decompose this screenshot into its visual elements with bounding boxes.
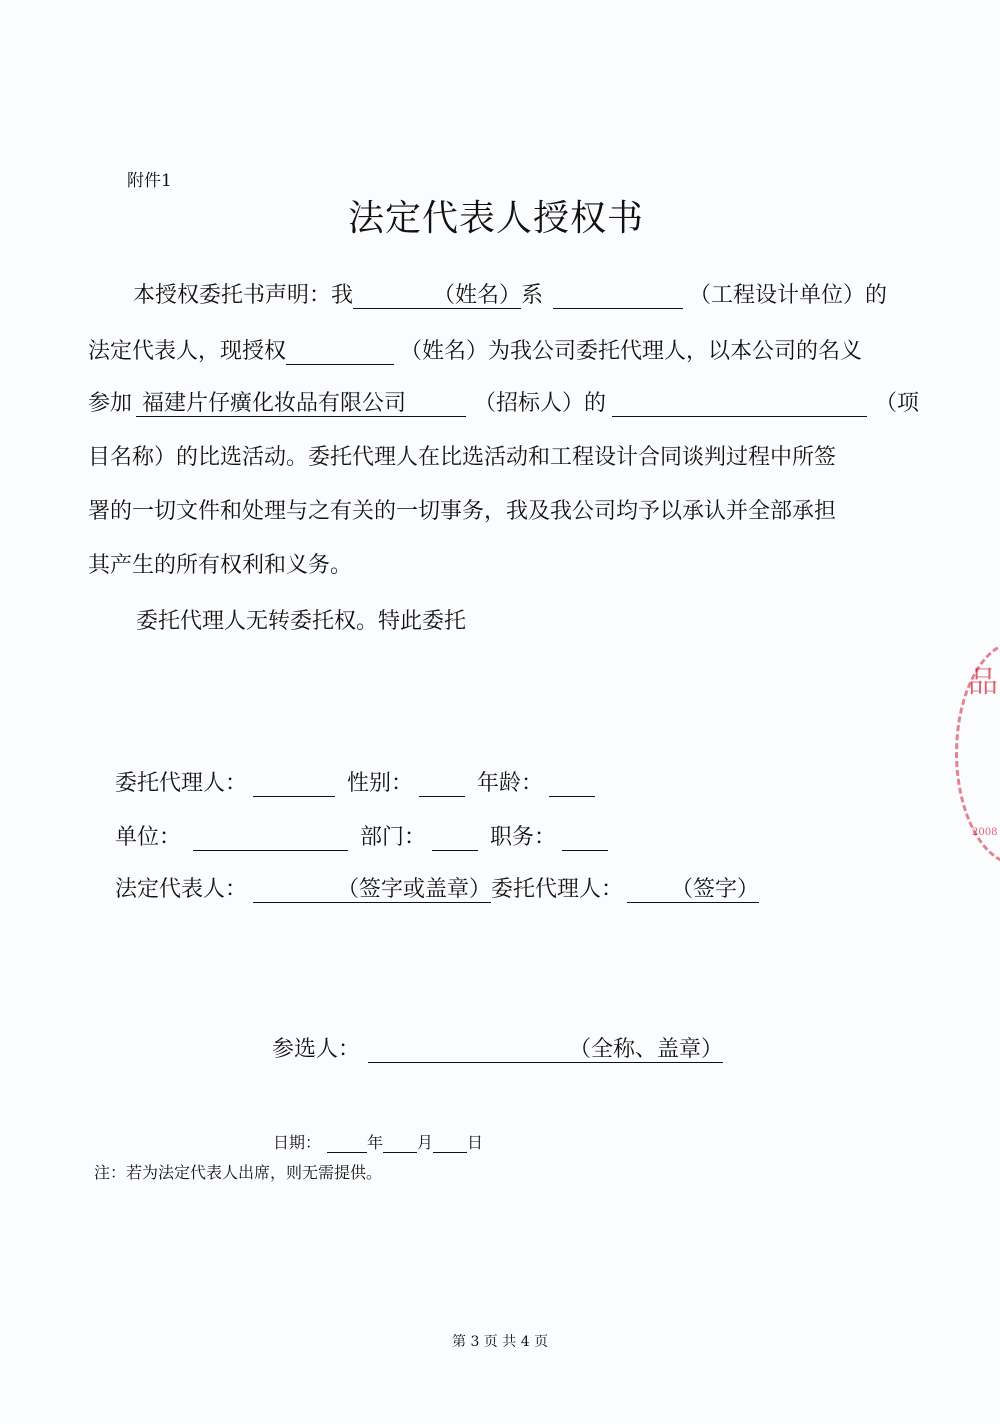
project-name-blank[interactable]: [612, 391, 867, 417]
participant-row: 参选人：（全称、盖章）: [272, 1032, 723, 1063]
gender-field[interactable]: [419, 771, 465, 797]
paragraph1-line3: 参加福建片仔癀化妆品有限公司（招标人）的 （项: [88, 386, 919, 417]
day-field[interactable]: [433, 1134, 467, 1153]
attachment-label: 附件1: [127, 166, 172, 191]
dept-label: 部门：: [360, 825, 426, 850]
participant-hint: （全称、盖章）: [569, 1037, 723, 1062]
text: 参加: [88, 391, 132, 416]
date-row: 日期： 年 月 日: [273, 1130, 483, 1153]
text: 系: [521, 283, 543, 308]
gender-label: 性别：: [347, 771, 413, 796]
month-field[interactable]: [383, 1134, 417, 1153]
paragraph1-line5: 署的一切文件和处理与之有关的一切事务，我及我公司均予以承认并全部承担: [88, 494, 836, 525]
date-label: 日期：: [273, 1133, 321, 1152]
page-number: 第 3 页 共 4 页: [452, 1331, 548, 1351]
name-blank[interactable]: （姓名）: [353, 283, 521, 309]
paragraph2: 委托代理人无转委托权。特此委托: [136, 604, 466, 635]
legal-rep-label: 法定代表人：: [115, 877, 247, 902]
year-field[interactable]: [327, 1134, 367, 1153]
day-label: 日: [467, 1133, 483, 1152]
legal-rep-hint: （签字或盖章）: [337, 877, 491, 902]
agent-sign-label: 委托代理人：: [491, 877, 623, 902]
month-label: 月: [417, 1133, 433, 1152]
text: （工程设计单位）的: [689, 283, 887, 308]
text: （项: [875, 391, 919, 416]
text: （姓名）为我公司委托代理人，以本公司的名义: [400, 339, 862, 364]
agent-info-row: 委托代理人： 性别： 年龄：: [115, 766, 595, 797]
signature-row: 法定代表人：（签字或盖章）委托代理人：（签字）: [115, 872, 759, 903]
note: 注：若为法定代表人出席，则无需提供。: [94, 1160, 382, 1183]
age-field[interactable]: [549, 771, 595, 797]
text: 本授权委托书声明：我: [133, 283, 353, 308]
authorized-name-blank[interactable]: [286, 339, 394, 365]
text: （招标人）的: [474, 391, 606, 416]
age-label: 年龄：: [477, 771, 543, 796]
unit-field[interactable]: [193, 825, 348, 851]
participant-label: 参选人：: [272, 1037, 360, 1062]
tenderer-field[interactable]: 福建片仔癀化妆品有限公司: [136, 391, 466, 417]
agent-label: 委托代理人：: [115, 771, 247, 796]
design-unit-blank[interactable]: [553, 283, 683, 309]
agent-name-field[interactable]: [253, 771, 335, 797]
agent-unit-row: 单位： 部门： 职务：: [115, 820, 608, 851]
stamp-number: 2008: [972, 827, 997, 838]
dept-field[interactable]: [432, 825, 478, 851]
paragraph1-line6: 其产生的所有权利和义务。: [88, 548, 352, 579]
text: 法定代表人，现授权: [88, 339, 286, 364]
agent-signature-field[interactable]: （签字）: [627, 877, 759, 903]
red-seal-stamp: 品 2008: [955, 640, 1000, 866]
document-title: 法定代表人授权书: [348, 190, 644, 241]
position-label: 职务：: [490, 825, 556, 850]
legal-rep-signature-field[interactable]: （签字或盖章）: [253, 877, 491, 903]
name-hint: （姓名）: [433, 283, 521, 308]
participant-field[interactable]: （全称、盖章）: [368, 1037, 723, 1063]
stamp-char: 品: [968, 657, 998, 701]
agent-sign-hint: （签字）: [671, 877, 759, 902]
tenderer-name: 福建片仔癀化妆品有限公司: [142, 391, 406, 416]
position-field[interactable]: [562, 825, 608, 851]
year-label: 年: [367, 1133, 383, 1152]
paragraph1-line2: 法定代表人，现授权 （姓名）为我公司委托代理人，以本公司的名义: [88, 334, 862, 365]
paragraph1-line1: 本授权委托书声明：我（姓名）系 （工程设计单位）的: [133, 278, 887, 309]
paragraph1-line4: 目名称）的比选活动。委托代理人在比选活动和工程设计合同谈判过程中所签: [88, 440, 836, 471]
unit-label: 单位：: [115, 825, 181, 850]
